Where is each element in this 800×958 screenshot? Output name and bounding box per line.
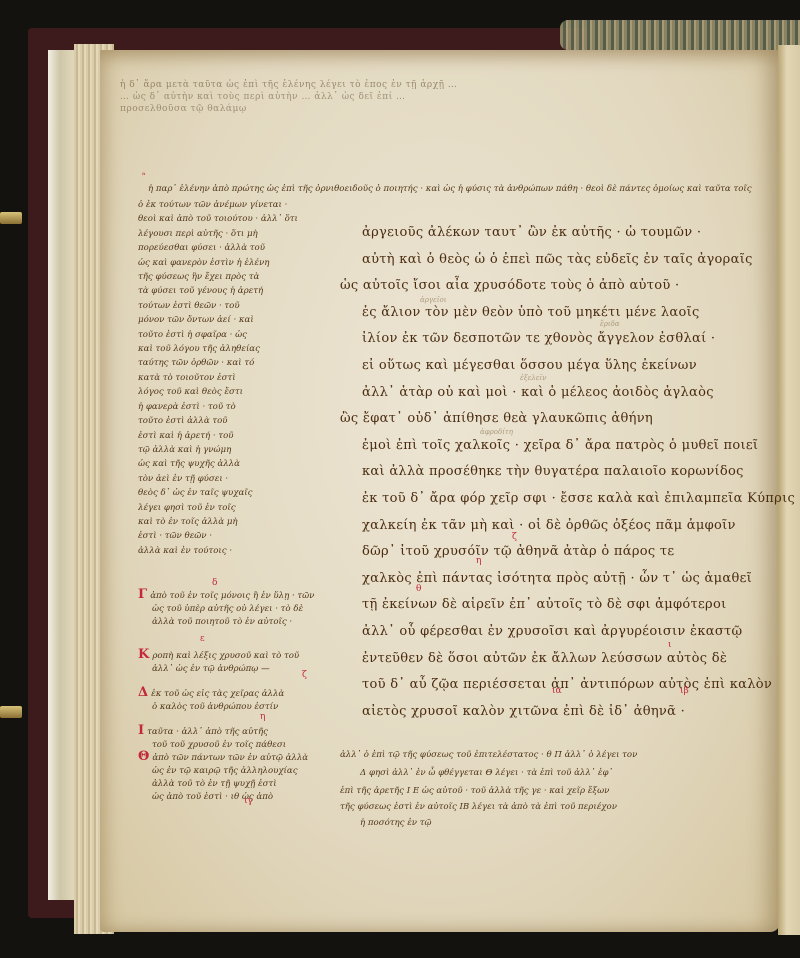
scholion-line: τὰ φύσει τοῦ γένους ἡ ἀρετή: [138, 284, 348, 298]
rubric-initial: Κ: [138, 648, 149, 662]
red-marker: η: [476, 556, 481, 566]
interlinear-gloss: ἀργεῖοι: [420, 296, 447, 304]
book-spine-headband: [560, 20, 800, 50]
interlinear-gloss: ἀφροδίτη: [480, 428, 513, 436]
verse-line: ἀργειοῦς ἀλέκων ταυτ᾽ ὢν ἐκ αὐτῆς · ὠ το…: [340, 225, 780, 252]
scholion-line: τοῦτο ἐστὶ ἡ σφαῖρα · ὡς: [138, 328, 348, 342]
verse-line: καὶ ἀλλὰ προσέθηκε τὴν θυγατέρα παλαιοῖο…: [340, 464, 780, 491]
clasp-pin-upper: [0, 212, 22, 224]
scholion-line: ροπὴ καὶ λέξις χρυσοῦ καὶ τὸ τοῦ: [152, 651, 299, 661]
scholion-line: ἐστὶ καὶ ἡ ἀρετή · τοῦ: [138, 429, 348, 443]
verse-line: ἐντεῦθεν δὲ ὅσοι αὐτῶν ἐκ ἄλλων λεύσσων …: [340, 651, 780, 678]
interlinear-gloss: ἐξελεῖν: [520, 374, 547, 382]
scholion-line: καὶ τὸ ἐν τοῖς ἀλλὰ μὴ: [138, 515, 348, 529]
verse-line: χαλκὸς ἐπὶ πάντας ἰσότητα πρὸς αὐτῇ · ὧν…: [340, 571, 780, 598]
scholion-line: ὡς τοῦ ὑπὲρ αὐτῆς οὐ λέγει · τὸ δὲ: [138, 603, 353, 616]
bottom-scholion-line: ἡ ποσότης ἐν τῷ: [360, 818, 432, 828]
scholion-gamma: Γἀπὸ τοῦ ἐν τοῖς μόνοις ἢ ἐν ὕλῃ · τῶν ὡ…: [138, 588, 353, 629]
scholion-line: μόνον τῶν ὄντων ἀεί · καὶ: [138, 313, 348, 327]
clasp-pin-lower: [0, 706, 22, 718]
red-marker: θ: [416, 584, 421, 594]
verse-line: χαλκείη ἐκ τᾶν μὴ καὶ · οἱ δὲ ὀρθῶς ὀξέο…: [340, 518, 780, 545]
scholion-line: ἀπὸ τοῦ ἐν τοῖς μόνοις ἢ ἐν ὕλῃ · τῶν: [150, 591, 314, 601]
scholion-line: τῷ ἀλλὰ καὶ ἡ γνώμη: [138, 443, 348, 457]
left-scholia-column: ὁ ἐκ τούτων τῶν ἀνέμων γίνεται · θεοὶ κα…: [138, 198, 348, 558]
scholion-line: ἀπὸ τῶν πάντων τῶν ἐν αὐτῷ ἀλλὰ: [152, 753, 308, 763]
scholion-line: ὡς ἐν τῷ καιρῷ τῆς ἀλληλουχίας: [138, 765, 353, 778]
scholion-delta: Δἐκ τοῦ ὡς εἰς τὰς χεῖρας ἀλλὰ ὁ καλὸς τ…: [138, 686, 353, 714]
scholion-line: ἡ φανερὰ ἐστὶ · τοῦ τὸ: [138, 400, 348, 414]
scholion-line: ὡς καὶ φανερὸν ἐστὶν ἡ ἑλένη: [138, 256, 348, 270]
verse-line: ὡς αὐτοῖς ἴσοι αἶα χρυσόδοτε τοὺς ὁ ἀπὸ …: [340, 278, 780, 305]
red-marker: ια: [552, 686, 562, 696]
scholion-line: κατὰ τὸ τοιοῦτον ἐστὶ: [138, 371, 348, 385]
scholion-line: ἀλλὰ καὶ ἐν τούτοις ·: [138, 544, 348, 558]
red-marker: ιβ: [680, 686, 689, 696]
scholion-line: ἀλλὰ τοῦ τὸ ἐν τῇ ψυχῇ ἐστὶ: [138, 778, 353, 791]
scholion-line: ταῦτα · ἀλλ᾽ ἀπὸ τῆς αὐτῆς: [147, 727, 268, 737]
verse-line: ἐκ τοῦ δ᾽ ἄρα φόρ χεῖρ σφι · ἔσσε καλὰ κ…: [340, 491, 780, 518]
scholion-line: λέγει φησὶ τοῦ ἐν τοῖς: [138, 501, 348, 515]
scholion-kappa: Κροπὴ καὶ λέξις χρυσοῦ καὶ τὸ τοῦ ἀλλ᾽ ὡ…: [138, 648, 353, 676]
bottom-scholion-line: τῆς φύσεως ἐστὶ ἐν αὐτοῖς ΙΒ λέγει τὰ ἀπ…: [340, 802, 617, 812]
scholion-line: ταύτης τῶν ὀρθῶν · καὶ τό: [138, 356, 348, 370]
first-scholion-line: ἡ παρ᾽ ἑλένην ἀπὸ πρώτης ὡς ἐπὶ τῆς ὀρνι…: [148, 184, 778, 194]
scholion-line: ἐστὶ · τῶν θεῶν ·: [138, 529, 348, 543]
verse-line: τῇ ἐκείνων δὲ αἱρεῖν ἐπ᾽ αὐτοῖς τὸ δὲ σφ…: [340, 597, 780, 624]
verse-line: αὐτὴ καὶ ὁ θεὸς ὡ ὁ ἐπεὶ πῶς τὰς εὐδεῖς …: [340, 252, 780, 279]
scholion-line: θεὸς δ᾽ ὡς ἐν ταῖς ψυχαῖς: [138, 486, 348, 500]
rubric-initial: Ι: [138, 724, 144, 738]
scholion-line: καὶ τοῦ λόγου τῆς ἀληθείας: [138, 342, 348, 356]
interlinear-gloss: ἔριδα: [600, 320, 620, 328]
bottom-scholion-line: ἐπὶ τῆς ἀρετῆς Ι Ε ὡς αὐτοῦ · τοῦ ἀλλὰ τ…: [340, 786, 609, 796]
scholion-line: ἀλλ᾽ ὡς ἐν τῷ ἀνθρώπῳ —: [138, 663, 353, 676]
top-note-1: ἡ δ᾽ ἄρα μετὰ ταῦτα ὡς ἐπὶ τῆς ἑλένης λέ…: [120, 80, 457, 90]
top-note-3: προσελθοῦσα τῷ θαλάμῳ: [120, 104, 247, 114]
scholion-line: λόγος τοῦ καὶ θεὸς ἔστι: [138, 385, 348, 399]
bottom-scholion-line: ἀλλ᾽ ὁ ἐπὶ τῷ τῆς φύσεως τοῦ ἐπιτελέστατ…: [340, 750, 637, 760]
verse-line: ἀλλ᾽ ἀτὰρ οὐ καὶ μοὶ · καὶ ὁ μέλεος ἀοιδ…: [340, 385, 780, 412]
scholion-line: τοῦτο ἐστὶ ἀλλὰ τοῦ: [138, 414, 348, 428]
scholion-line: ἐκ τοῦ ὡς εἰς τὰς χεῖρας ἀλλὰ: [151, 689, 284, 699]
verse-line: ἐμοὶ ἐπὶ τοῖς χαλκοῖς · χεῖρα δ᾽ ἄρα πατ…: [340, 438, 780, 465]
marker-a: ᵃ: [142, 171, 145, 181]
verse-line: δῶρ᾽ ἰτοῦ χρυσόῖν τῷ ἀθηνᾶ ἀτὰρ ὁ πάρος …: [340, 544, 780, 571]
scholion-line: ὁ ἐκ τούτων τῶν ἀνέμων γίνεται ·: [138, 198, 348, 212]
red-marker: ζ: [512, 532, 517, 542]
red-marker: ζ: [302, 670, 307, 680]
scholion-line: πορεύεσθαι φύσει · ἀλλὰ τοῦ: [138, 241, 348, 255]
main-text-column: ἀργειοῦς ἀλέκων ταυτ᾽ ὢν ἐκ αὐτῆς · ὠ το…: [340, 225, 780, 730]
red-marker: ι: [668, 640, 672, 650]
scholion-line: θεοὶ καὶ ἀπὸ τοῦ τοιούτου · ἀλλ᾽ ὅτι: [138, 212, 348, 226]
rubric-initial: Θ: [138, 750, 149, 764]
rubric-initial: Δ: [138, 686, 148, 700]
verse-line: ἐς ἄλιον τὸν μὲν θεὸν ὑπὸ τοῦ μηκέτι μέν…: [340, 305, 780, 332]
top-note-2: … ὡς δ᾽ αὐτὴν καὶ τοὺς περὶ αὐτὴν … ἀλλ᾽…: [120, 92, 406, 102]
scholion-line: τούτων ἐστὶ θεῶν · τοῦ: [138, 299, 348, 313]
bottom-scholion-line: Δ φησὶ ἀλλ᾽ ἐν ὦ φθέγγεται Θ λέγει · τὰ …: [360, 768, 613, 778]
red-marker: η: [260, 712, 265, 722]
rubric-initial: Γ: [138, 588, 147, 602]
scholion-line: ὁ καλὸς τοῦ ἀνθρώπου ἐστίν: [138, 701, 353, 714]
verse-line: ἰλίον ἐκ τῶν δεσποτῶν τε χθονὸς ἄγγελον …: [340, 331, 780, 358]
scholion-line: λέγουσι περὶ αὐτῆς · ὅτι μὴ: [138, 227, 348, 241]
scholion-iota: Ιταῦτα · ἀλλ᾽ ἀπὸ τῆς αὐτῆς τοῦ τοῦ χρυσ…: [138, 724, 353, 752]
scholion-line: τὸν ἀεὶ ἐν τῇ φύσει ·: [138, 472, 348, 486]
verse-line: αἰετὸς χρυσοῖ καλὸν χιτῶνα ἐπὶ δὲ ἰδ᾽ ἀθ…: [340, 704, 780, 731]
scholion-line: ὡς καὶ τῆς ψυχῆς ἀλλὰ: [138, 457, 348, 471]
red-marker: ε: [200, 634, 205, 644]
verse-line: εἰ οὕτως καὶ μέγεσθαι ὅσσου μέγα ὕλης ἐκ…: [340, 358, 780, 385]
verse-line: ὣς ἔφατ᾽ οὐδ᾽ ἀπίθησε θεὰ γλαυκῶπις ἀθήν…: [340, 411, 780, 438]
red-marker: δ: [212, 578, 217, 588]
scholion-line: τῆς φύσεως ἣν ἔχει πρὸς τὰ: [138, 270, 348, 284]
red-marker: ιγ: [244, 796, 253, 806]
scholion-line: ἀλλὰ τοῦ ποιητοῦ τὸ ἐν αὐτοῖς ·: [138, 616, 353, 629]
verse-line: ἀλλ᾽ οὗ φέρεσθαι ἐν χρυσοῖσι καὶ ἀργυρέο…: [340, 624, 780, 651]
